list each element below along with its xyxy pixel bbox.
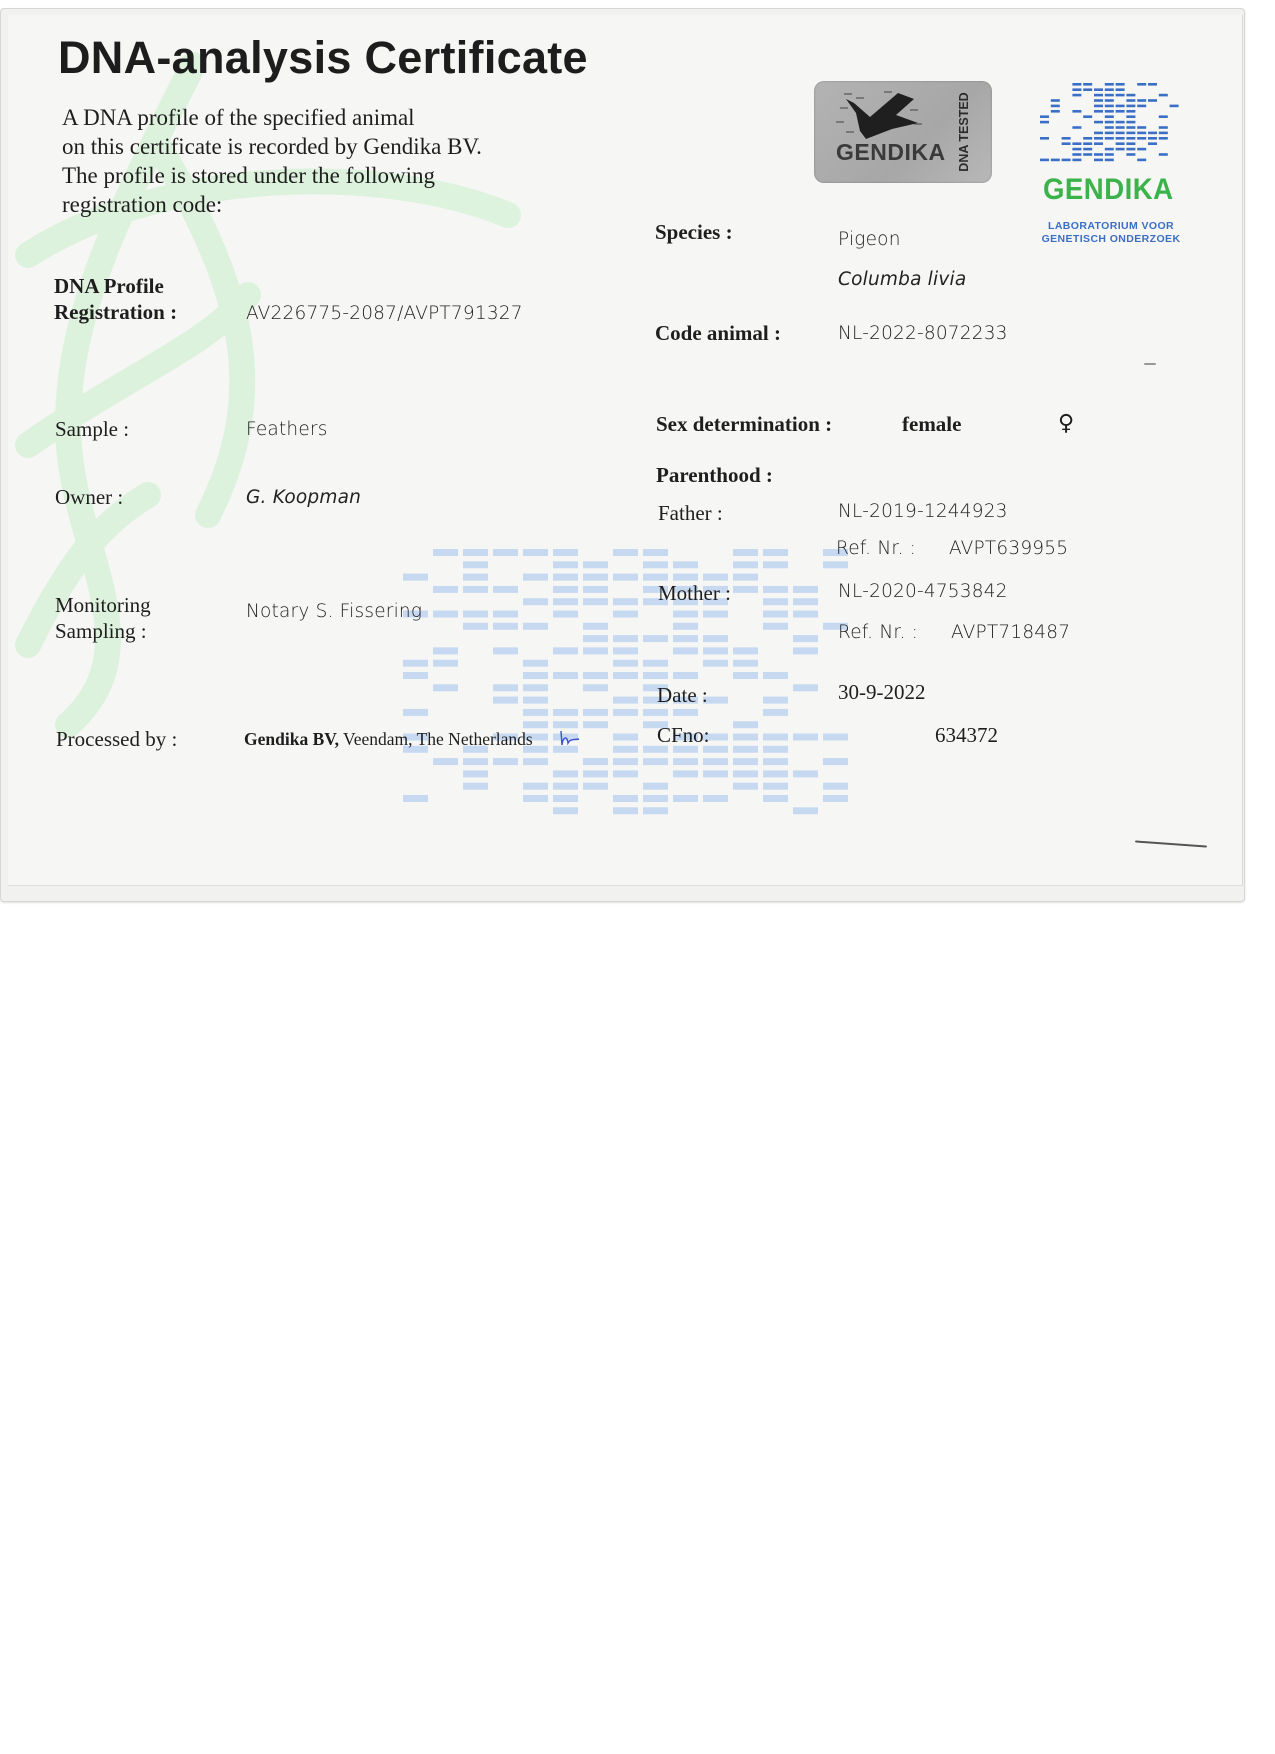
flying-bird-icon (826, 87, 936, 147)
signature-mark-icon (559, 727, 581, 749)
cfno-value: 634372 (935, 723, 998, 748)
registration-value: AV226775-2087/AVPT791327 (246, 303, 523, 324)
sex-label: Sex determination : (656, 412, 832, 437)
seal-brand: GENDIKA (836, 139, 946, 166)
sex-value: female (902, 412, 961, 437)
parenthood-label: Parenthood : (656, 463, 773, 488)
processed-value: Gendika BV, Veendam, The Netherlands (244, 729, 533, 750)
certificate-card: DNA-analysis Certificate A DNA profile o… (8, 15, 1243, 886)
mother-ref-value: AVPT718487 (951, 622, 1070, 643)
species-latin-name: Columba livia (838, 269, 966, 290)
scratch-mark (1144, 363, 1156, 365)
mother-value: NL-2020-4753842 (838, 581, 1008, 602)
seal-caption: DNA TESTED (957, 87, 971, 177)
scratch-mark (1135, 840, 1207, 847)
logo-name: GENDIKA (1043, 173, 1173, 207)
mother-label: Mother : (658, 581, 731, 606)
certificate-title: DNA-analysis Certificate (58, 32, 588, 84)
processed-label: Processed by : (56, 727, 177, 752)
sample-value: Feathers (246, 419, 328, 440)
barcode-watermark-icon (403, 549, 853, 819)
code-animal-label: Code animal : (655, 321, 781, 346)
barcode-g-logo-icon (1040, 83, 1180, 163)
species-common-name: Pigeon (838, 229, 901, 250)
code-animal-value: NL-2022-8072233 (838, 323, 1008, 344)
female-symbol-icon: ♀ (1058, 411, 1074, 436)
laminated-sleeve: DNA-analysis Certificate A DNA profile o… (0, 8, 1245, 902)
monitoring-value: Notary S. Fissering (246, 601, 422, 622)
logo-subtitle: LABORATORIUM VOOR GENETISCH ONDERZOEK (1038, 220, 1184, 246)
cfno-label: CFno: (657, 723, 710, 748)
father-value: NL-2019-1244923 (838, 501, 1008, 522)
date-label: Date : (657, 683, 708, 708)
father-label: Father : (658, 501, 723, 526)
mother-ref-label: Ref. Nr. : (838, 622, 918, 643)
registration-label: DNA Profile Registration : (54, 273, 177, 325)
species-label: Species : (655, 220, 733, 245)
date-value: 30-9-2022 (838, 680, 926, 705)
father-ref-label: Ref. Nr. : (836, 538, 916, 559)
sample-label: Sample : (55, 417, 129, 442)
intro-text: A DNA profile of the specified animal on… (62, 103, 582, 219)
father-ref-value: AVPT639955 (949, 538, 1068, 559)
dna-tested-seal: GENDIKA DNA TESTED (814, 81, 992, 183)
monitoring-label: Monitoring Sampling : (55, 592, 151, 644)
owner-value: G. Koopman (246, 487, 361, 508)
owner-label: Owner : (55, 485, 123, 510)
